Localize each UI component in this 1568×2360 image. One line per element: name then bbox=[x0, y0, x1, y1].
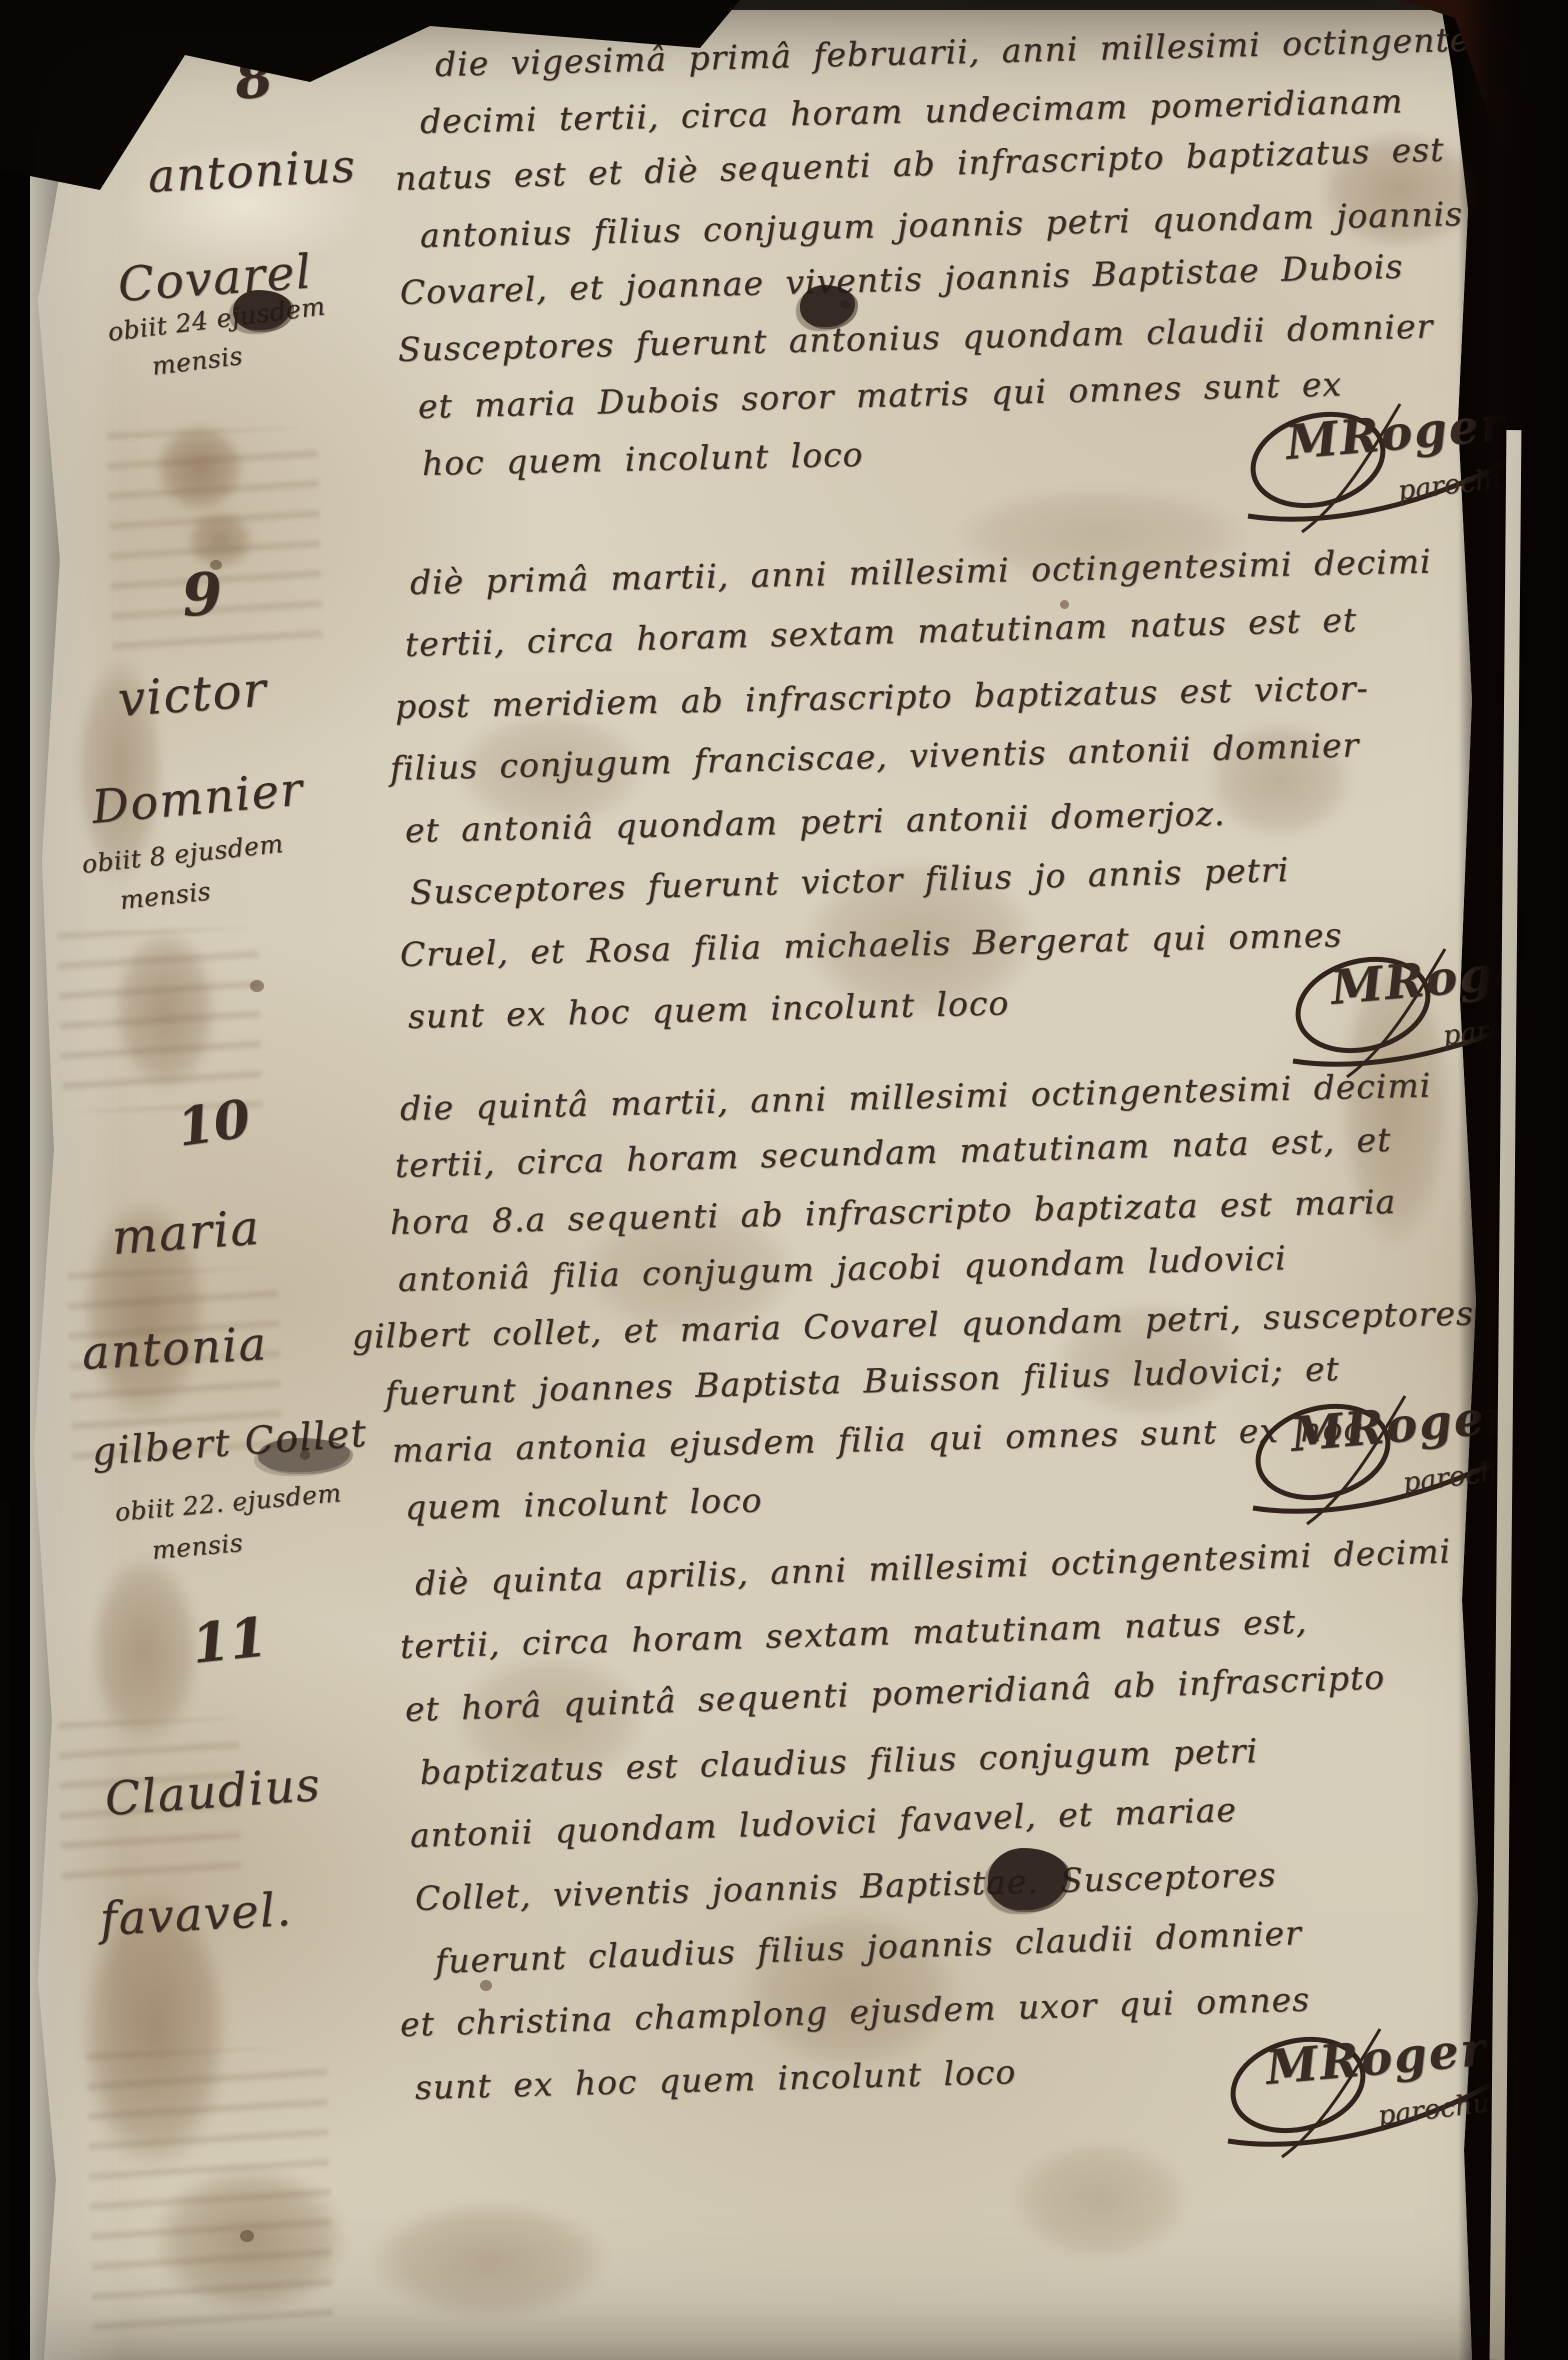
register-page-photo: 8 antonius Covarel obiit 24 ejusdem mens… bbox=[0, 0, 1568, 2360]
entry-11: 11 Claudius favavel. diè quinta aprilis,… bbox=[0, 0, 1568, 2360]
priest-signature: MRoger parochus bbox=[1220, 2025, 1530, 2165]
entry-number: 11 bbox=[189, 1604, 270, 1676]
margin-name: Claudius bbox=[103, 1757, 323, 1826]
margin-name: favavel. bbox=[99, 1882, 294, 1946]
